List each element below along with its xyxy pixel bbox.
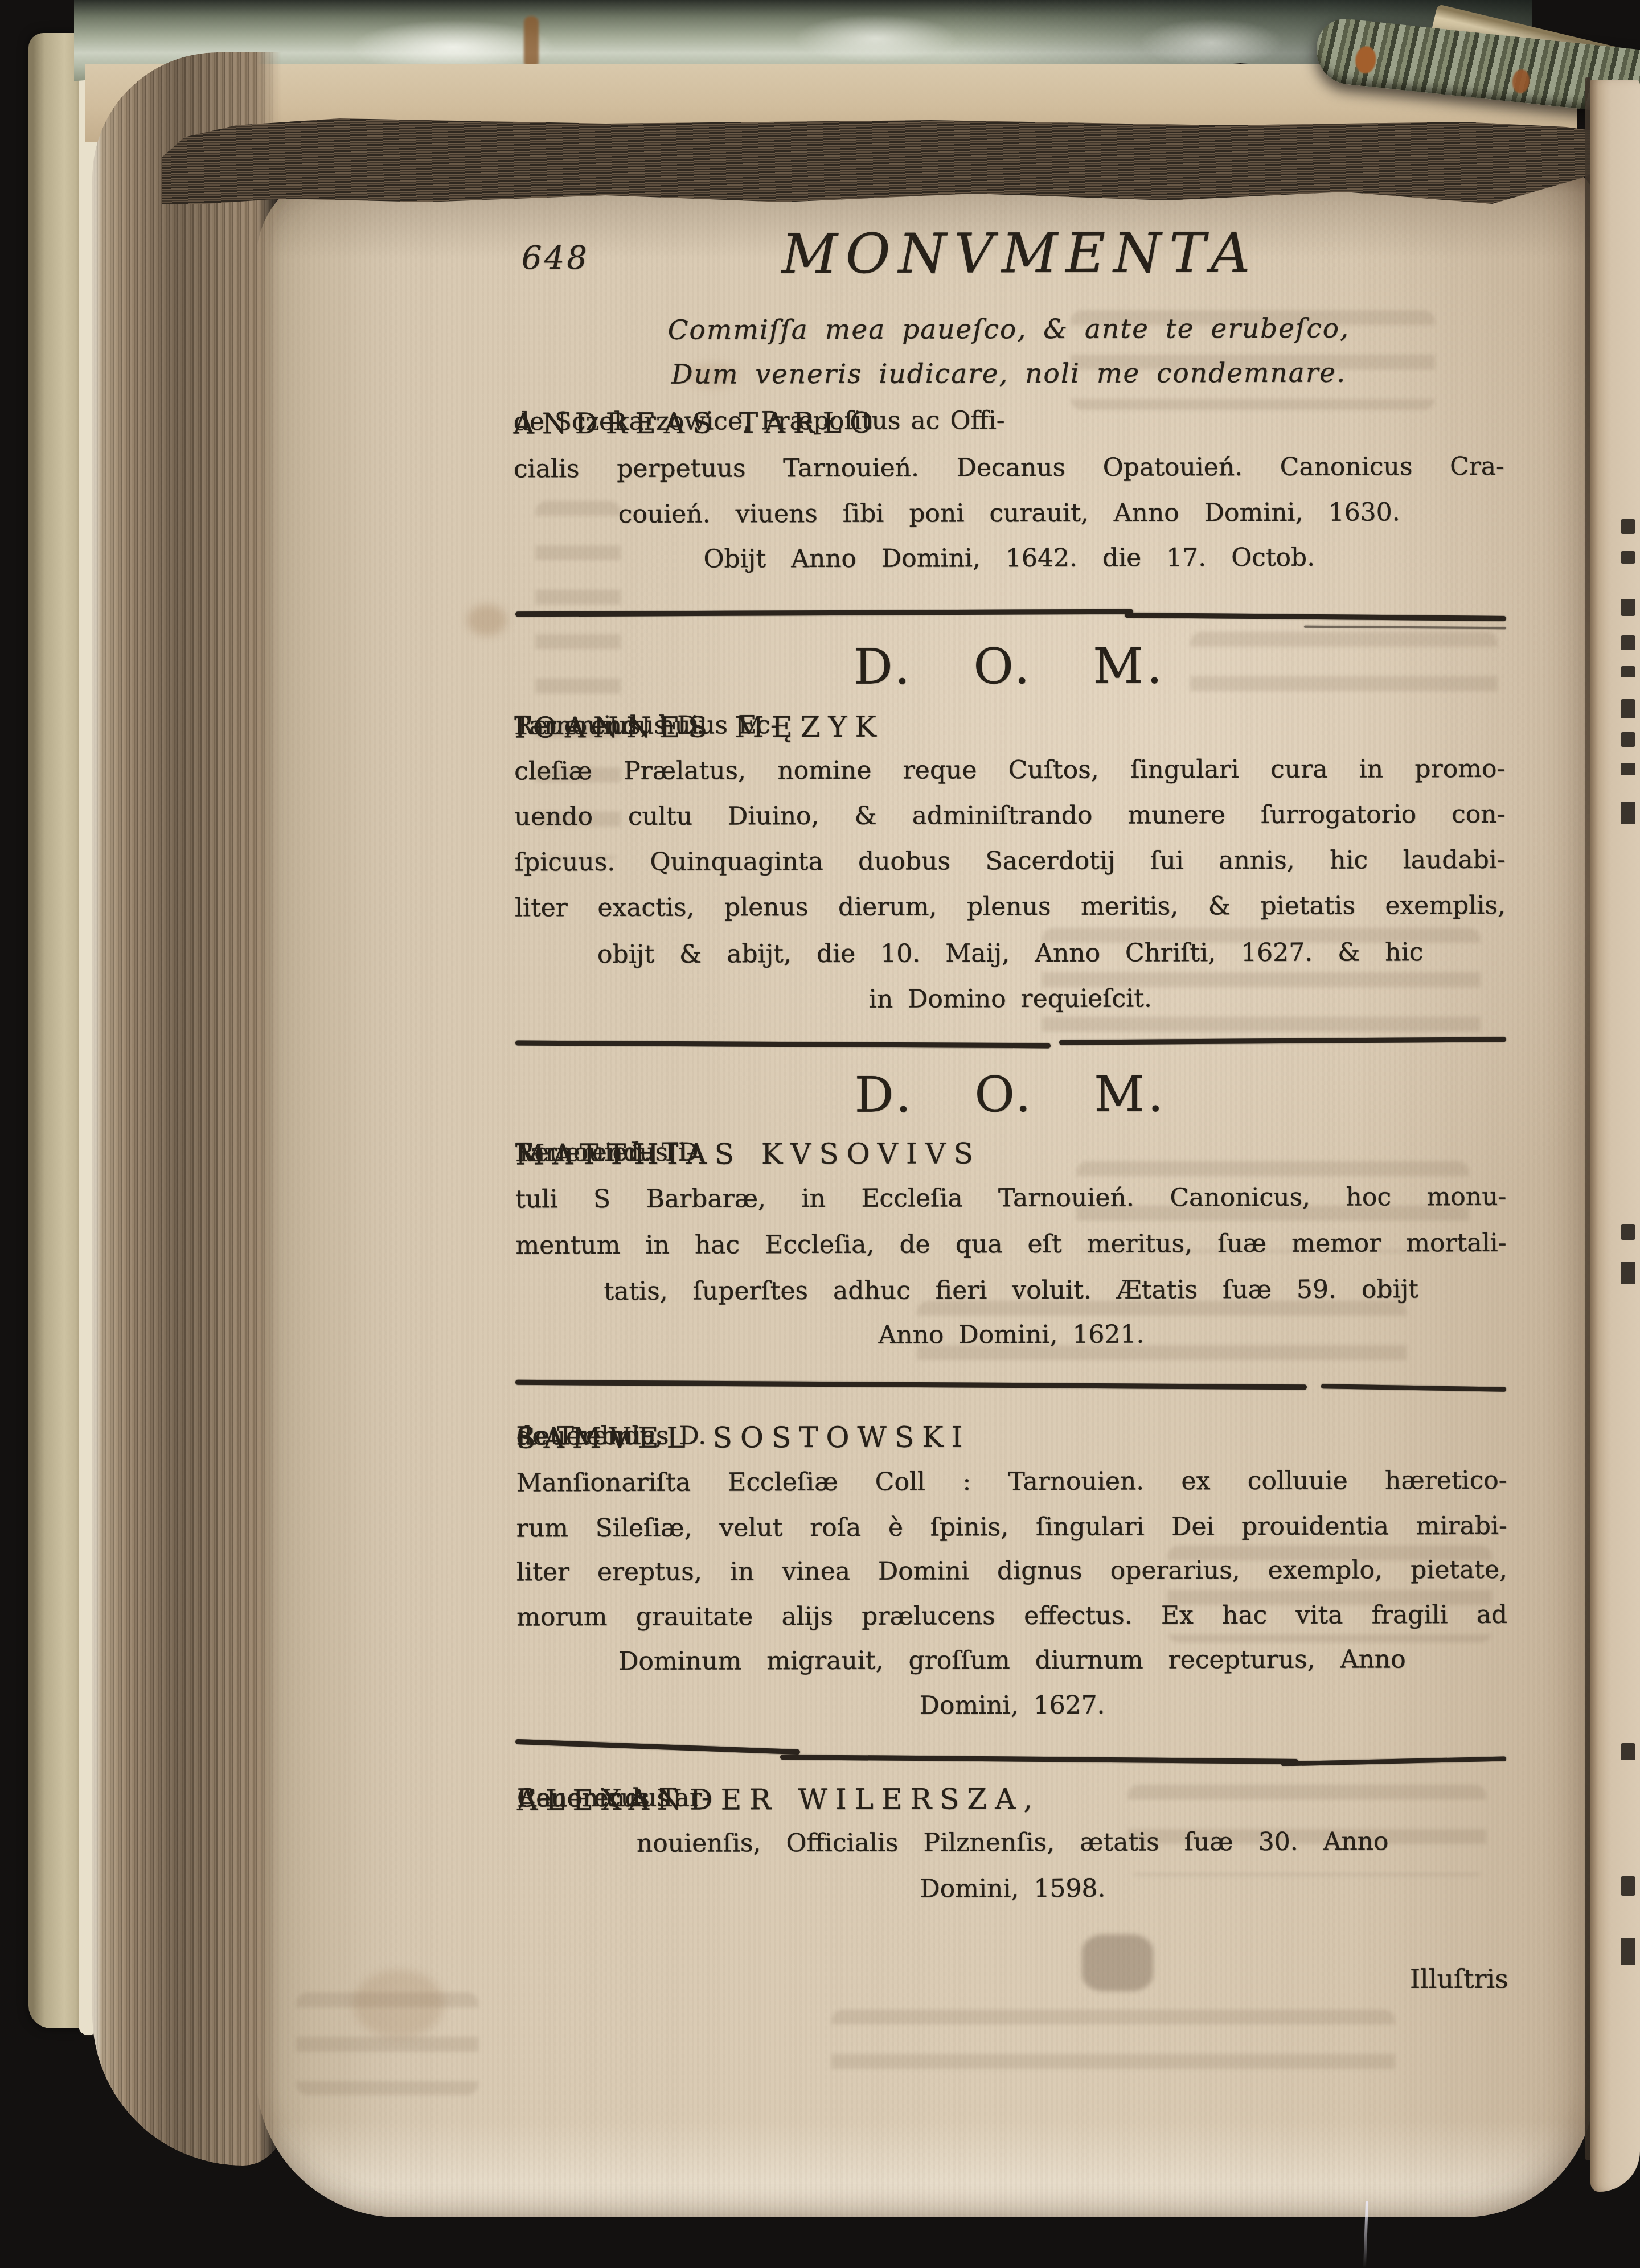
entry-sostowski-first-line: Reuerendus D. SAMVEL SOSTOWSKIde Trebnic… xyxy=(516,1419,1507,1451)
epigraph-line: Commiſſa mea paueſco, & ante te erubeſco… xyxy=(513,313,1504,347)
entry-line: tatis, ſuperſtes adhuc fieri voluit. Æta… xyxy=(516,1275,1507,1306)
entry-line: Obijt Anno Domini, 1642. die 17. Octob. xyxy=(514,543,1504,574)
catchword: Illuſtris xyxy=(518,1963,1515,1997)
entry-tarlo-first-line: ANDREAS TARŁOde Sczekarzowice, Præpoſitu… xyxy=(514,405,1504,437)
entry-line: Domini, 1627. xyxy=(517,1690,1508,1721)
dom-heading: D. O. M. xyxy=(515,1065,1506,1125)
entry-line: Anno Domini, 1621. xyxy=(516,1319,1507,1351)
entry-line: in Domino requieſcit. xyxy=(515,983,1506,1015)
entry-line: obijt & abijt, die 10. Maij, Anno Chriſt… xyxy=(515,938,1506,969)
book-photo: 648 MONVMENTA Commiſſa mea paueſco, & an… xyxy=(0,0,1640,2268)
page-text: 648 MONVMENTA Commiſſa mea paueſco, & an… xyxy=(0,0,1640,2268)
entry-line: couień. viuens ſibi poni curauit, Anno D… xyxy=(514,498,1504,529)
entry-line: Dominum migrauit, groſſum diurnum recept… xyxy=(516,1645,1507,1677)
entry-kusovius-first-line: Reuerendus D. MATTHIAS KVSOVIVSTarnouień… xyxy=(515,1136,1506,1168)
running-title: MONVMENTA xyxy=(513,220,1504,287)
entry-line: Domini, 1598. xyxy=(517,1873,1508,1905)
entry-line: nouienſis, Officialis Pilznenſis, ætatis… xyxy=(517,1827,1508,1859)
dom-heading: D. O. M. xyxy=(514,637,1505,697)
entry-mezyk-first-line: Reuerendus D. IOANNES MĘZYKTarnouius, hu… xyxy=(514,709,1505,741)
epigraph-line: Dum veneris iudicare, noli me condemnare… xyxy=(513,357,1504,391)
entry-wilersza-first-line: Reuerendus ALEXANDER WILERSZA,Canonicus … xyxy=(517,1781,1508,1813)
